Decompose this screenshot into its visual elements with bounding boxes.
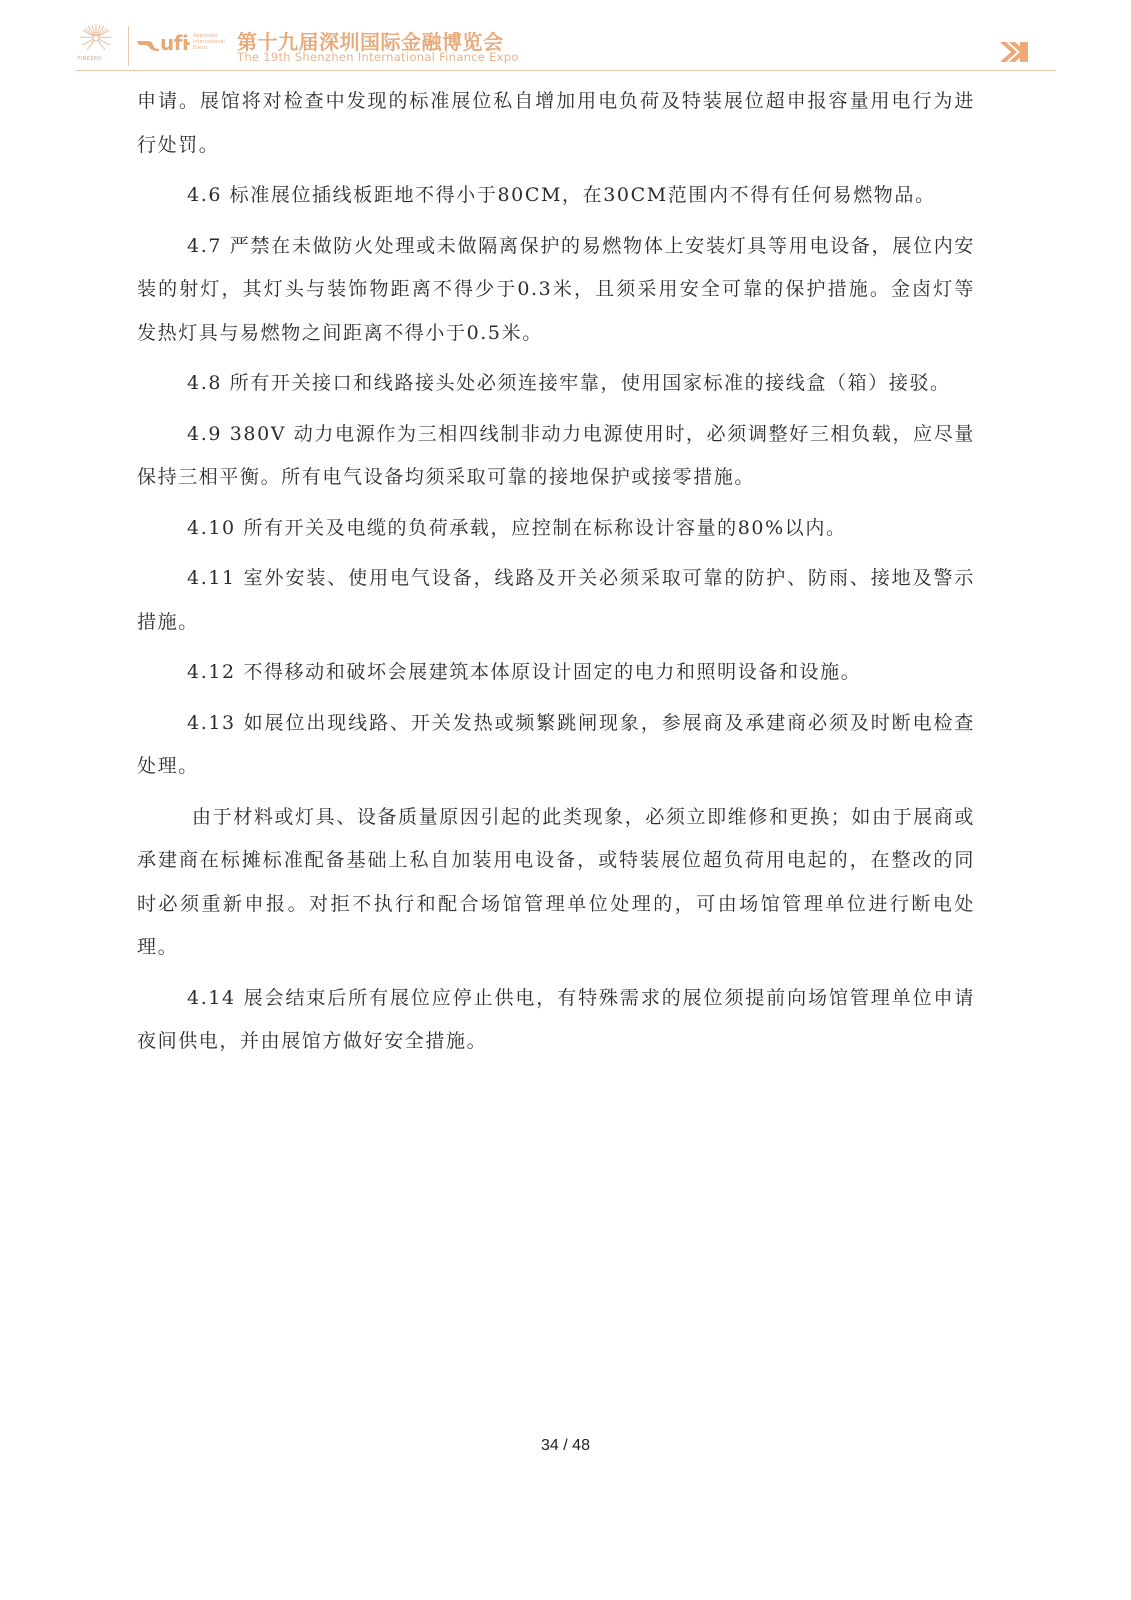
finexpo-logo-text: FINEXPO	[78, 56, 101, 62]
header-divider	[76, 70, 1056, 71]
ufi-logo-text: ufi	[160, 31, 188, 55]
document-body: 申请。展馆将对检查中发现的标准展位私自增加用电负荷及特装展位超申报容量用电行为进…	[137, 80, 975, 1071]
page-number: 34 / 48	[0, 1437, 1131, 1455]
paragraph-4-14: 4.14 展会结束后所有展位应停止供电，有特殊需求的展位须提前向场馆管理单位申请…	[137, 977, 975, 1064]
paragraph-4-9: 4.9 380V 动力电源作为三相四线制非动力电源使用时，必须调整好三相负载，应…	[137, 413, 975, 500]
paragraph-4-11: 4.11 室外安装、使用电气设备，线路及开关必须采取可靠的防护、防雨、接地及警示…	[137, 557, 975, 644]
paragraph-4-13: 4.13 如展位出现线路、开关发热或频繁跳闸现象，参展商及承建商必须及时断电检查…	[137, 702, 975, 789]
paragraph-4-7: 4.7 严禁在未做防火处理或未做隔离保护的易燃物体上安装灯具等用电设备，展位内安…	[137, 225, 975, 356]
expo-title-english: The 19th Shenzhen International Finance …	[237, 50, 519, 64]
paragraph-4-6: 4.6 标准展位插线板距地不得小于80CM，在30CM范围内不得有任何易燃物品。	[137, 174, 975, 218]
paragraph-4-10: 4.10 所有开关及电缆的负荷承载，应控制在标称设计容量的80%以内。	[137, 507, 975, 551]
ufi-approved-label: Approved International Event	[193, 33, 233, 51]
ufi-dot	[187, 42, 190, 45]
paragraph-4-8: 4.8 所有开关接口和线路接头处必须连接牢靠，使用国家标准的接线盒（箱）接驳。	[137, 362, 975, 406]
ufi-approved-line-3: Event	[193, 45, 233, 51]
paragraph-4-13-note: 由于材料或灯具、设备质量原因引起的此类现象，必须立即维修和更换；如由于展商或承建…	[137, 796, 975, 970]
logo-divider	[128, 26, 129, 66]
paragraph-continuation: 申请。展馆将对检查中发现的标准展位私自增加用电负荷及特装展位超申报容量用电行为进…	[137, 80, 975, 167]
document-header: FINEXPO ufi Approved International Event…	[76, 22, 1056, 72]
paragraph-4-12: 4.12 不得移动和破坏会展建筑本体原设计固定的电力和照明设备和设施。	[137, 651, 975, 695]
double-chevron-right-icon	[998, 41, 1028, 63]
ufi-swoosh-icon	[136, 38, 160, 52]
